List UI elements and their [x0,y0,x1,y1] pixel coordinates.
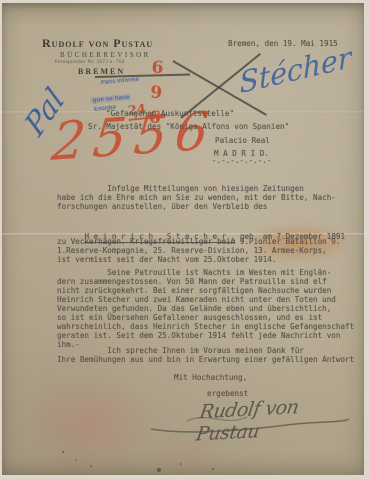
typed-line: forschungen anzustellen, über den Verble… [57,202,336,211]
address-office: "Gefangenen-Auskunftsstelle" [106,109,234,118]
handwriting-case-name: Stécher [239,40,353,100]
letterhead-title: BÜCHERREVISOR [60,51,151,59]
letterhead-name: Rudolf von Pustau [42,36,153,51]
body-paragraph-2: zu Veckerhagen. Kriegsfreiwilliger beim … [57,237,340,264]
typed-line: ist vermisst seit der Nacht vom 25.Oktob… [57,255,340,264]
address-recipient: Sr. Majestät des "Königs Alfons von Span… [88,122,289,131]
typed-line: habe ich die Ehre mich an Sie zu wenden,… [57,193,336,202]
address-underline-dashes: -.-.-.-.-.-.- [212,156,271,165]
dust-specks [62,451,64,453]
paper-sheet: Rudolf von Pustau BÜCHERREVISOR Fernspre… [2,3,364,475]
letterhead-phone: Fernsprecher Nr. 3673 u. 764 [55,60,125,65]
typed-line: Heinrich Stecher und zwei Kameraden nich… [57,295,354,304]
signature-flourish [147,407,352,437]
typed-line: Verwundeten gefunden. Da das Gelände ebe… [57,304,354,313]
closing-ergebenst: ergebenst [207,389,248,398]
typed-line: dern zusammengestossen. Von 50 Mann der … [57,277,354,286]
typed-line: zu Veckerhagen. Kriegsfreiwilliger beim … [57,237,340,246]
typed-line: Seine Patrouille ist Nachts im Westen mi… [57,268,354,277]
typed-line: Ihre Bemühungen aus und bin in Erwartung… [57,355,354,364]
address-palacio: Palacio Real [215,136,270,145]
typed-line: 1.Reserve-Kompagnie, 25. Reserve-Divisio… [57,246,340,255]
closing-salutation: Mit Hochachtung, [174,373,247,382]
blue-stamp-line1: Paris informé [101,77,140,86]
typed-line: so ist ein Übersehen Gefallener ausgesch… [57,313,354,322]
scanned-letter: Rudolf von Pustau BÜCHERREVISOR Fernspre… [0,0,370,479]
typed-line: Ich spreche Ihnen im Voraus meinen Dank … [57,346,354,355]
body-paragraph-3: Seine Patrouille ist Nachts im Westen mi… [57,268,354,349]
typed-line: geraten ist. Seit dem 25.Oktober 1914 fe… [57,331,354,340]
body-paragraph-1: Infolge Mitteilungen von hiesigen Zeitun… [57,184,336,211]
stain-pink [28,375,153,470]
typed-line: wahrscheinlich, dass Heinrich Stecher in… [57,322,354,331]
typed-line: Infolge Mitteilungen von hiesigen Zeitun… [57,184,336,193]
blue-stamp-line2: que se hace [90,94,132,105]
typed-line: nicht zurückgekehrt. Bei einer sorgfälti… [57,286,354,295]
body-paragraph-4: Ich spreche Ihnen im Voraus meinen Dank … [57,346,354,364]
